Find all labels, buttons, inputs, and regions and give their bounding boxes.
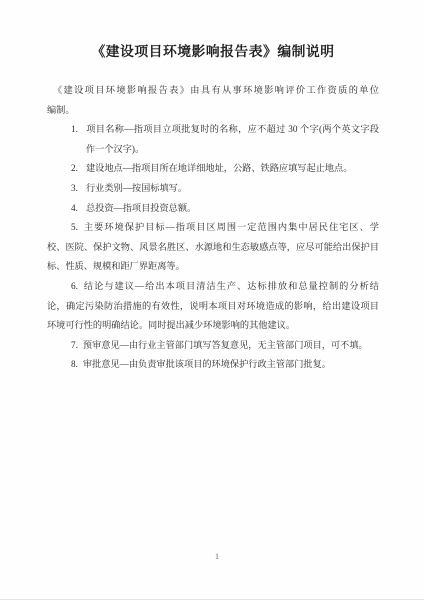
item-text: 主要环境保护目标—指项目区周围一定范围内集中居民住宅区、学 (83, 222, 379, 232)
document-title: 《建设项目环境影响报告表》编制说明 (47, 41, 379, 62)
item-text: 结论与建议—给出本项目清洁生产、达标排放和总量控制的分析结 (83, 281, 379, 291)
paragraph-line: 3.行业类别—按国标填写。 (47, 179, 379, 199)
list-item-4: 4.总投资—指项目投资总额。 (47, 199, 379, 219)
paragraph-line: 环境可行性的明确结论。同时提出减少环境影响的其他建议。 (47, 316, 379, 336)
page-number: 1 (215, 552, 219, 562)
list-item-5: 5.主要环境保护目标—指项目区周围一定范围内集中居民住宅区、学 校、医院、保护文… (47, 218, 379, 277)
document-page: 《建设项目环境影响报告表》编制说明 《建设项目环境影响报告表》由具有从事环境影响… (0, 0, 424, 600)
paragraph-line: 校、医院、保护文物、风景名胜区、水源地和生态敏感点等，应尽可能给出保护目 (47, 238, 379, 258)
item-text: 总投资—指项目投资总额。 (86, 203, 196, 213)
paragraph-line: 论，确定污染防治措施的有效性，说明本项目对环境造成的影响，给出建设项目 (47, 297, 379, 317)
item-text: 审批意见—由负责审批该项目的环境保护行政主管部门批复。 (83, 359, 331, 369)
paragraph-line: 7.预审意见—由行业主管部门填写答复意见，无主管部门项目，可不填。 (47, 336, 379, 356)
list-item-7: 7.预审意见—由行业主管部门填写答复意见，无主管部门项目，可不填。 (47, 336, 379, 356)
item-text: 行业类别—按国标填写。 (86, 183, 187, 193)
item-number: 5. (71, 222, 78, 232)
paragraph-line: 2.建设地点—指项目所在地详细地址，公路、铁路应填写起止地点。 (47, 159, 379, 179)
paragraph-line: 8.审批意见—由负责审批该项目的环境保护行政主管部门批复。 (47, 355, 379, 375)
item-number: 1. (71, 120, 86, 140)
intro-paragraph: 《建设项目环境影响报告表》由具有从事环境影响评价工作资质的单位 编制。 (47, 81, 379, 120)
list-item-8: 8.审批意见—由负责审批该项目的环境保护行政主管部门批复。 (47, 355, 379, 375)
list-item-2: 2.建设地点—指项目所在地详细地址，公路、铁路应填写起止地点。 (47, 159, 379, 179)
item-number: 4. (71, 199, 86, 219)
document-body: 《建设项目环境影响报告表》编制说明 《建设项目环境影响报告表》由具有从事环境影响… (47, 41, 379, 375)
item-text: 建设地点—指项目所在地详细地址，公路、铁路应填写起止地点。 (86, 163, 352, 173)
item-text: 预审意见—由行业主管部门填写答复意见，无主管部门项目，可不填。 (83, 340, 368, 350)
list-item-1: 1.项目名称—指项目立项批复时的名称，应不超过 30 个字(两个英文字段 作一个… (47, 120, 379, 159)
item-number: 2. (71, 159, 86, 179)
paragraph-line: 5.主要环境保护目标—指项目区周围一定范围内集中居民住宅区、学 (47, 218, 379, 238)
paragraph-line: 编制。 (47, 101, 379, 121)
item-number: 7. (71, 340, 78, 350)
paragraph-line: 《建设项目环境影响报告表》由具有从事环境影响评价工作资质的单位 (47, 81, 379, 101)
paragraph-line: 4.总投资—指项目投资总额。 (47, 199, 379, 219)
list-item-3: 3.行业类别—按国标填写。 (47, 179, 379, 199)
item-number: 8. (71, 359, 78, 369)
item-number: 3. (71, 179, 86, 199)
paragraph-line: 标、性质、规模和距厂界距离等。 (47, 257, 379, 277)
list-item-6: 6.结论与建议—给出本项目清洁生产、达标排放和总量控制的分析结 论，确定污染防治… (47, 277, 379, 336)
item-text: 项目名称—指项目立项批复时的名称，应不超过 30 个字(两个英文字段 (86, 124, 379, 134)
paragraph-line: 作一个汉字)。 (47, 140, 379, 160)
paragraph-line: 6.结论与建议—给出本项目清洁生产、达标排放和总量控制的分析结 (47, 277, 379, 297)
item-number: 6. (71, 281, 78, 291)
paragraph-line: 1.项目名称—指项目立项批复时的名称，应不超过 30 个字(两个英文字段 (47, 120, 379, 140)
